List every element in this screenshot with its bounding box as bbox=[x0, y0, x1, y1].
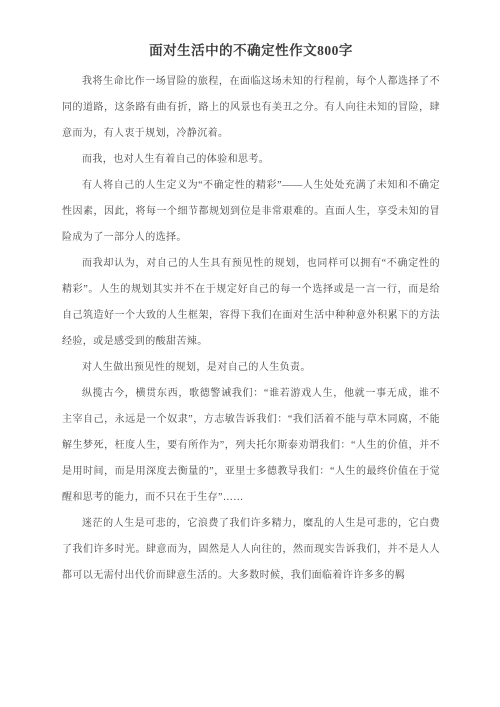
essay-paragraph: 迷茫的人生是可悲的，它浪费了我们许多精力，糜乱的人生是可悲的，它白费了我们许多时… bbox=[62, 511, 440, 589]
essay-paragraph: 对人生做出预见性的规划，是对自己的人生负责。 bbox=[62, 355, 440, 381]
document-page: 面对生活中的不确定性作文800字 我将生命比作一场冒险的旅程，在面临这场未知的行… bbox=[0, 0, 500, 707]
essay-paragraph: 而我却认为，对自己的人生具有预见性的规划，也同样可以拥有“不确定性的精彩”。人生… bbox=[62, 251, 440, 355]
essay-paragraph: 纵揽古今，横贯东西，歌德警诫我们：“谁若游戏人生，他就一事无成，谁不主宰自己，永… bbox=[62, 381, 440, 511]
essay-body: 我将生命比作一场冒险的旅程，在面临这场未知的行程前，每个人都选择了不同的道路，这… bbox=[62, 69, 440, 589]
essay-paragraph: 而我，也对人生有着自己的体验和思考。 bbox=[62, 147, 440, 173]
essay-paragraph: 我将生命比作一场冒险的旅程，在面临这场未知的行程前，每个人都选择了不同的道路，这… bbox=[62, 69, 440, 147]
essay-paragraph: 有人将自己的人生定义为“不确定性的精彩”——人生处处充满了未知和不确定性因素，因… bbox=[62, 173, 440, 251]
essay-title: 面对生活中的不确定性作文800字 bbox=[62, 40, 440, 62]
